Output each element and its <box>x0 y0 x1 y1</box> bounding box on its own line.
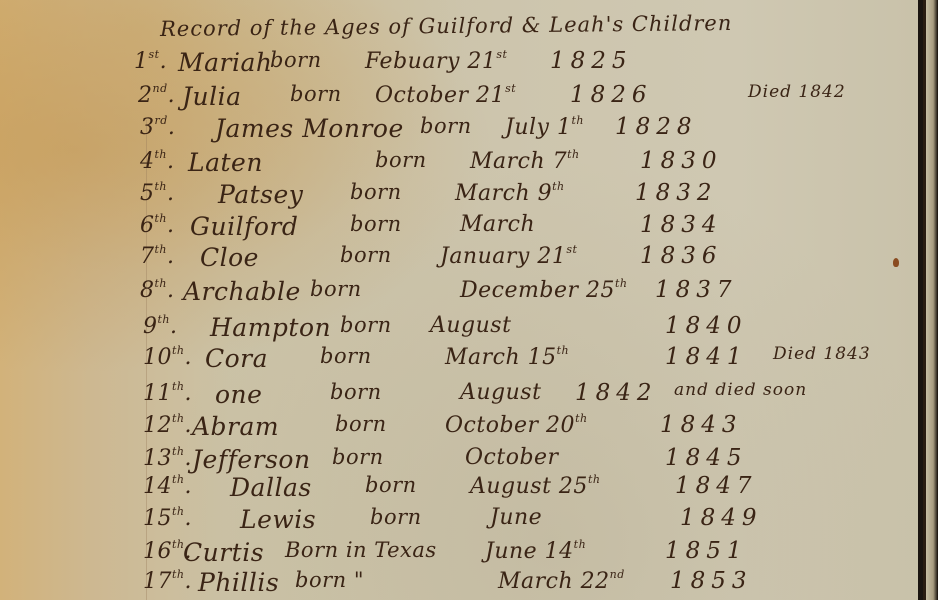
birth-date: October 20th <box>445 412 588 438</box>
entry-number: 11th. <box>143 380 192 406</box>
birth-date: March 22nd <box>498 568 625 594</box>
birth-date: June <box>490 505 542 530</box>
child-name: Julia <box>182 82 242 111</box>
birth-year: 1851 <box>665 538 748 564</box>
child-name: Lewis <box>240 505 316 534</box>
child-name: Abram <box>192 412 279 441</box>
death-note: Died 1843 <box>773 344 871 364</box>
child-name: Patsey <box>218 180 303 209</box>
child-name: Jefferson <box>192 445 311 474</box>
child-name: Laten <box>188 148 263 177</box>
birth-year: 1834 <box>640 212 723 238</box>
entry-number: 10th. <box>143 344 192 370</box>
birth-date: August <box>430 313 511 338</box>
birth-year: 1830 <box>640 148 723 174</box>
birth-date: July 1th <box>505 114 584 140</box>
entry-number: 2nd. <box>138 82 175 108</box>
entry-number: 9th. <box>143 313 178 339</box>
entry-number: 15th. <box>143 505 192 531</box>
child-name: Archable <box>183 277 301 306</box>
born-label: born <box>310 277 362 301</box>
birth-date: June 14th <box>485 538 586 564</box>
child-name: Curtis <box>183 538 264 567</box>
born-label: born <box>320 344 372 368</box>
born-label: born <box>365 473 417 497</box>
birth-date: March 15th <box>445 344 569 370</box>
entry-number: 13th. <box>143 445 192 471</box>
entry-number: 3rd. <box>140 114 175 140</box>
birth-year: 1832 <box>635 180 718 206</box>
child-name: Phillis <box>198 568 279 597</box>
born-label: born <box>335 412 387 436</box>
death-note: Died 1842 <box>748 82 846 102</box>
child-name: one <box>215 380 262 409</box>
birth-year: 1825 <box>550 48 633 74</box>
born-label: born <box>330 380 382 404</box>
born-label: born " <box>295 568 364 592</box>
entry-number: 12th. <box>143 412 192 438</box>
child-name: Dallas <box>230 473 312 502</box>
birth-year: 1826 <box>570 82 653 108</box>
birth-date: August 25th <box>470 473 600 499</box>
birth-year: 1845 <box>665 445 748 471</box>
born-label: born <box>340 243 392 267</box>
ledger-page: Record of the Ages of Guilford & Leah's … <box>0 0 918 600</box>
child-name: Cora <box>205 344 268 373</box>
born-label: born <box>375 148 427 172</box>
birth-year: 1853 <box>670 568 753 594</box>
birth-date: October 21st <box>375 82 516 108</box>
child-name: Cloe <box>200 243 259 272</box>
child-name: Guilford <box>190 212 298 241</box>
born-label: born <box>270 48 322 72</box>
entry-number: 8th. <box>140 277 175 303</box>
birth-year: 1843 <box>660 412 743 438</box>
birth-date: December 25th <box>460 277 627 303</box>
birth-year: 1840 <box>665 313 748 339</box>
entry-number: 4th. <box>140 148 175 174</box>
page-edge <box>926 0 938 600</box>
birth-date: Febuary 21st <box>365 48 507 74</box>
birth-year: 1837 <box>655 277 738 303</box>
birth-date: January 21st <box>440 243 577 269</box>
born-label: born <box>370 505 422 529</box>
child-name: Hampton <box>210 313 331 342</box>
born-label: born <box>340 313 392 337</box>
birth-date: March 9th <box>455 180 565 206</box>
birth-year: 1836 <box>640 243 723 269</box>
born-label: born <box>332 445 384 469</box>
entry-number: 1st. <box>134 48 167 74</box>
birth-year: 1841 <box>665 344 748 370</box>
entry-number: 5th. <box>140 180 175 206</box>
birth-year: 1842 <box>575 380 658 406</box>
born-label: Born in Texas <box>285 538 437 562</box>
born-label: born <box>350 212 402 236</box>
entry-number: 17th. <box>143 568 192 594</box>
birth-date: March <box>460 212 535 237</box>
birth-date: March 7th <box>470 148 580 174</box>
birth-year: 1828 <box>615 114 698 140</box>
birth-year: 1849 <box>680 505 763 531</box>
page-title: Record of the Ages of Guilford & Leah's … <box>160 11 733 41</box>
born-label: born <box>420 114 472 138</box>
child-name: James Monroe <box>215 114 404 143</box>
birth-year: 1847 <box>675 473 758 499</box>
born-label: born <box>290 82 342 106</box>
birth-date: August <box>460 380 541 405</box>
entry-number: 14th. <box>143 473 192 499</box>
birth-date: October <box>465 445 559 470</box>
entry-number: 7th. <box>140 243 175 269</box>
death-note: and died soon <box>674 380 807 400</box>
child-name: Mariah <box>178 48 272 77</box>
entry-number: 6th. <box>140 212 175 238</box>
born-label: born <box>350 180 402 204</box>
ink-stain <box>893 258 899 267</box>
